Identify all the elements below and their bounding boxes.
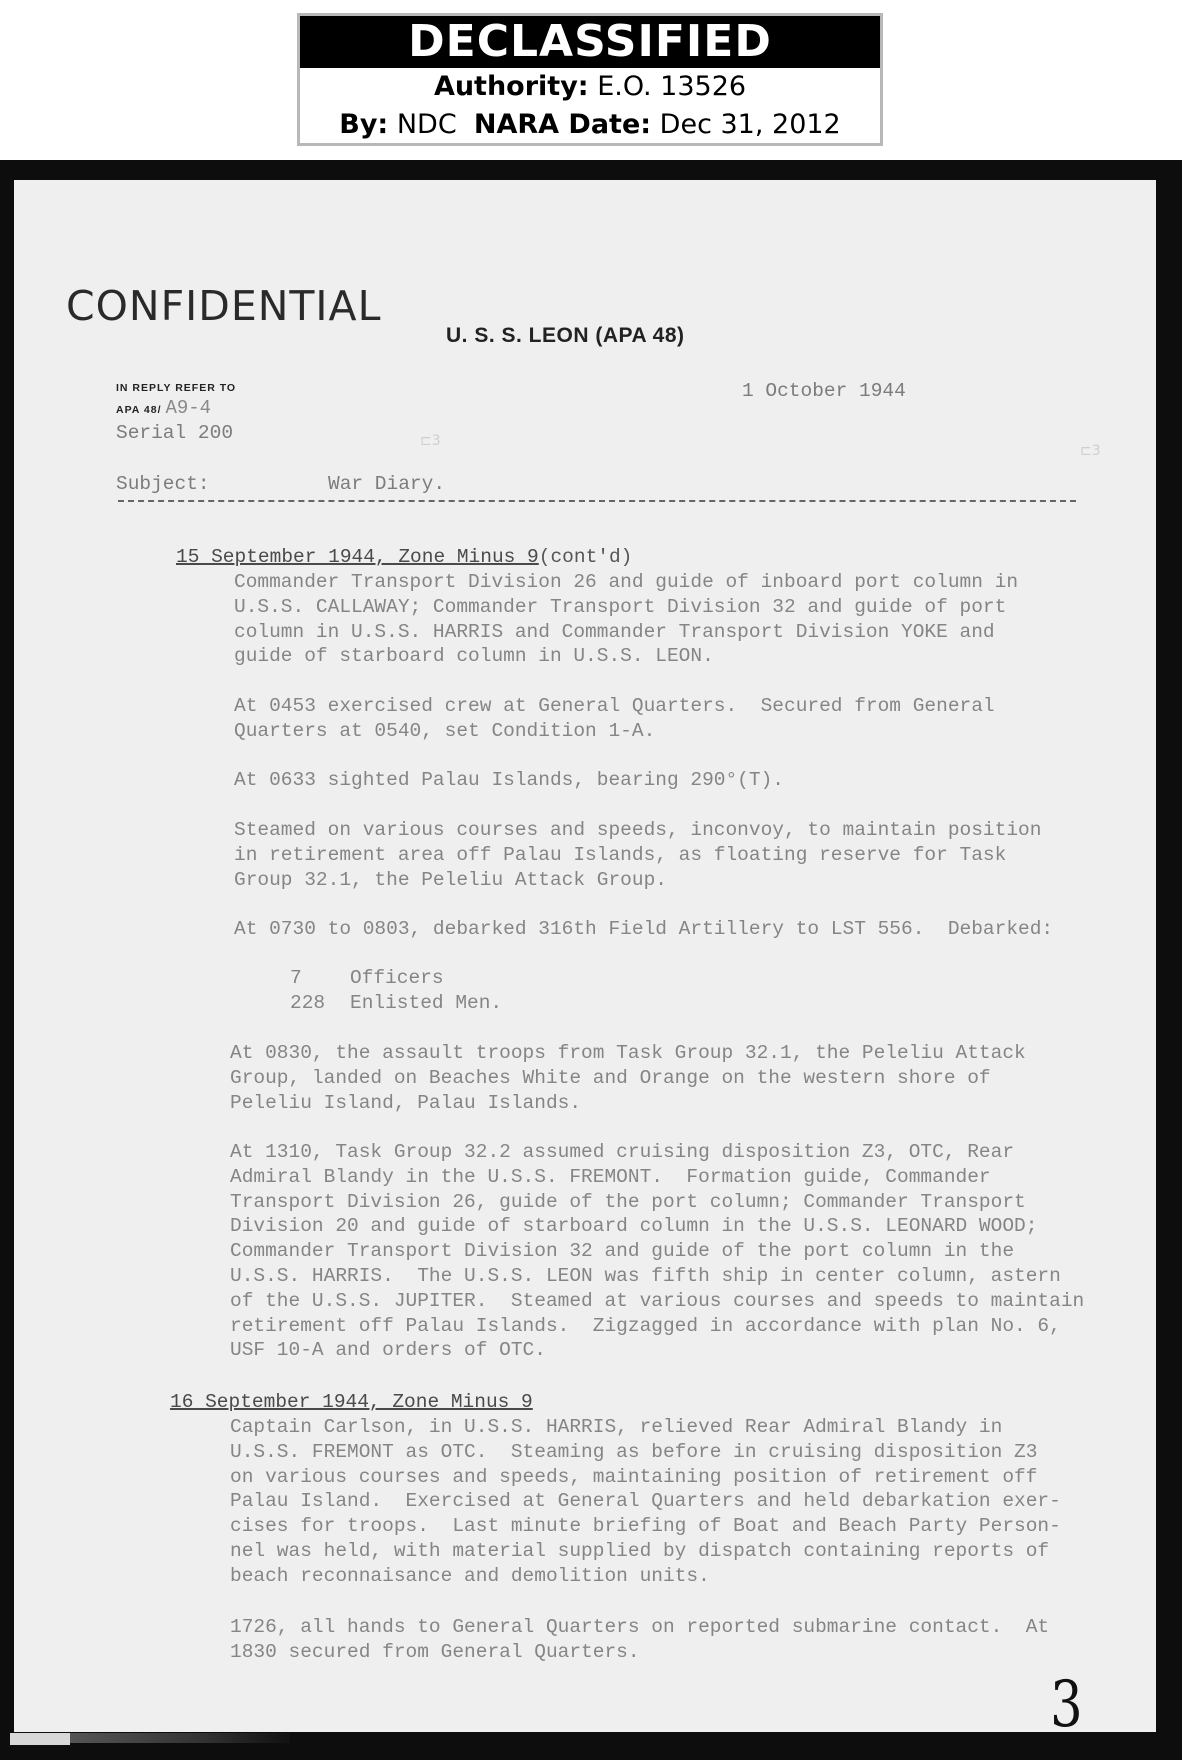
debarked-label: Officers [350, 966, 444, 991]
debarked-count: 7 [290, 966, 302, 991]
reply-reference: APA 48/ A9-4 [116, 397, 211, 419]
paper-edge [10, 1733, 70, 1745]
entry-paragraph: 1726, all hands to General Quarters on r… [230, 1615, 1049, 1665]
entry-heading: 16 September 1944, Zone Minus 9 [170, 1390, 533, 1415]
entry-paragraph: Captain Carlson, in U.S.S. HARRIS, relie… [230, 1415, 1061, 1589]
entry-paragraph: At 0453 exercised crew at General Quarte… [234, 694, 995, 744]
reply-refer-label: IN REPLY REFER TO [116, 382, 236, 394]
entry-paragraph: Steamed on various courses and speeds, i… [234, 818, 1041, 892]
paper-shadow [70, 1733, 290, 1743]
subject-label: Subject: [116, 473, 210, 495]
entry-paragraph: At 0730 to 0803, debarked 316th Field Ar… [234, 917, 1053, 942]
debarked-label: Enlisted Men. [350, 991, 502, 1016]
debarked-count: 228 [290, 991, 325, 1016]
entry-heading: 15 September 1944, Zone Minus 9(cont'd) [176, 545, 632, 570]
margin-mark: ⊏3 [420, 433, 441, 449]
entry-paragraph: At 1310, Task Group 32.2 assumed cruisin… [230, 1140, 1084, 1363]
serial-number: Serial 200 [116, 422, 233, 444]
page-number: 3 [1050, 1668, 1083, 1742]
entry-paragraph: At 0633 sighted Palau Islands, bearing 2… [234, 768, 784, 793]
file-number: A9-4 [165, 397, 211, 419]
entry-paragraph: At 0830, the assault troops from Task Gr… [230, 1041, 1026, 1115]
ship-name: U. S. S. LEON (APA 48) [446, 324, 685, 348]
margin-mark: ⊏3 [1080, 443, 1101, 459]
classification-label: CONFIDENTIAL [66, 282, 381, 330]
document-date: 1 October 1944 [742, 380, 906, 402]
dashed-divider [118, 500, 1076, 502]
entry-paragraph: Commander Transport Division 26 and guid… [234, 570, 1018, 669]
stamp-by-date: By: NDC NARA Date: Dec 31, 2012 [300, 106, 880, 144]
stamp-title: DECLASSIFIED [300, 16, 880, 68]
subject-value: War Diary. [328, 473, 445, 495]
declassification-stamp: DECLASSIFIED Authority: E.O. 13526 By: N… [297, 13, 883, 146]
stamp-authority: Authority: E.O. 13526 [300, 68, 880, 106]
